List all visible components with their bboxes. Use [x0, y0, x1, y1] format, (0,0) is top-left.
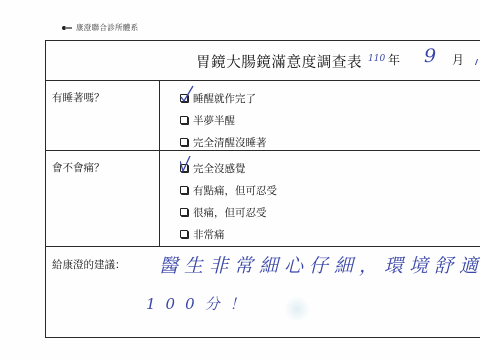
option-item[interactable]: 很痛，但可忍受 — [180, 201, 480, 223]
question-label: 會不會痛？ — [52, 162, 105, 174]
checkbox-icon[interactable] — [180, 138, 188, 146]
question-label: 有睡著嗎？ — [52, 92, 105, 104]
organization-header: 康澄聯合診所體系 — [62, 22, 138, 33]
option-item[interactable]: 完全沒感覺 — [180, 157, 480, 179]
year-label: 年 — [388, 51, 400, 68]
month-label: 月 — [452, 51, 464, 68]
checkbox-checked-icon[interactable] — [180, 164, 188, 172]
option-label: 很痛，但可忍受 — [193, 205, 267, 220]
title-row: 胃鏡大腸鏡滿意度調查表 110 年 9 月 — [46, 41, 480, 81]
question-label-cell: 有睡著嗎？ — [46, 81, 160, 150]
month-value-handwritten: 9 — [424, 45, 436, 67]
option-item[interactable]: 睡醒就作完了 — [180, 87, 480, 109]
options-cell: 完全沒感覺 有點痛，但可忍受 很痛，但可忍受 非常痛 — [160, 151, 480, 246]
option-label: 有點痛，但可忍受 — [193, 183, 277, 198]
question-row-sleep: 有睡著嗎？ 睡醒就作完了 半夢半醒 完全清醒沒睡著 — [46, 81, 480, 151]
option-item[interactable]: 有點痛，但可忍受 — [180, 179, 480, 201]
checkbox-icon[interactable] — [180, 230, 188, 238]
clinic-logo-icon — [62, 26, 72, 30]
suggestion-label: 給康澄的建議： — [52, 257, 126, 272]
option-label: 睡醒就作完了 — [193, 91, 256, 106]
option-label: 完全清醒沒睡著 — [193, 135, 267, 150]
option-label: 非常痛 — [193, 227, 225, 242]
option-item[interactable]: 完全清醒沒睡著 — [180, 131, 480, 153]
checkbox-icon[interactable] — [180, 186, 188, 194]
checkbox-icon[interactable] — [180, 116, 188, 124]
option-label: 半夢半醒 — [193, 113, 235, 128]
checkbox-icon[interactable] — [180, 208, 188, 216]
question-row-pain: 會不會痛？ 完全沒感覺 有點痛，但可忍受 很痛，但可 — [46, 151, 480, 247]
checkbox-checked-icon[interactable] — [180, 94, 188, 102]
survey-table: 胃鏡大腸鏡滿意度調查表 110 年 9 月 有睡著嗎？ 睡醒就作完了 — [45, 40, 480, 338]
year-value-handwritten: 110 — [368, 54, 385, 64]
option-item[interactable]: 半夢半醒 — [180, 109, 480, 131]
handwritten-check-icon — [180, 155, 194, 173]
options-cell: 睡醒就作完了 半夢半醒 完全清醒沒睡著 — [160, 81, 480, 150]
handwritten-check-icon — [180, 85, 194, 103]
option-item[interactable]: 非常痛 — [180, 223, 480, 245]
handwritten-comment-line-1: 醫生非常細心仔細，環境舒適 — [159, 251, 480, 278]
form-title: 胃鏡大腸鏡滿意度調查表 — [196, 51, 362, 72]
option-label: 完全沒感覺 — [193, 161, 246, 176]
day-value-handwritten-partial — [475, 59, 480, 65]
question-label-cell: 會不會痛？ — [46, 151, 160, 246]
ink-smudge — [283, 297, 311, 321]
suggestion-row: 給康澄的建議： 醫生非常細心仔細，環境舒適 100分！ — [46, 247, 480, 339]
organization-name: 康澄聯合診所體系 — [76, 22, 138, 33]
handwritten-comment-line-2: 100分！ — [146, 293, 255, 314]
scanned-form-page: 康澄聯合診所體系 胃鏡大腸鏡滿意度調查表 110 年 9 月 有睡著嗎？ — [0, 0, 480, 360]
